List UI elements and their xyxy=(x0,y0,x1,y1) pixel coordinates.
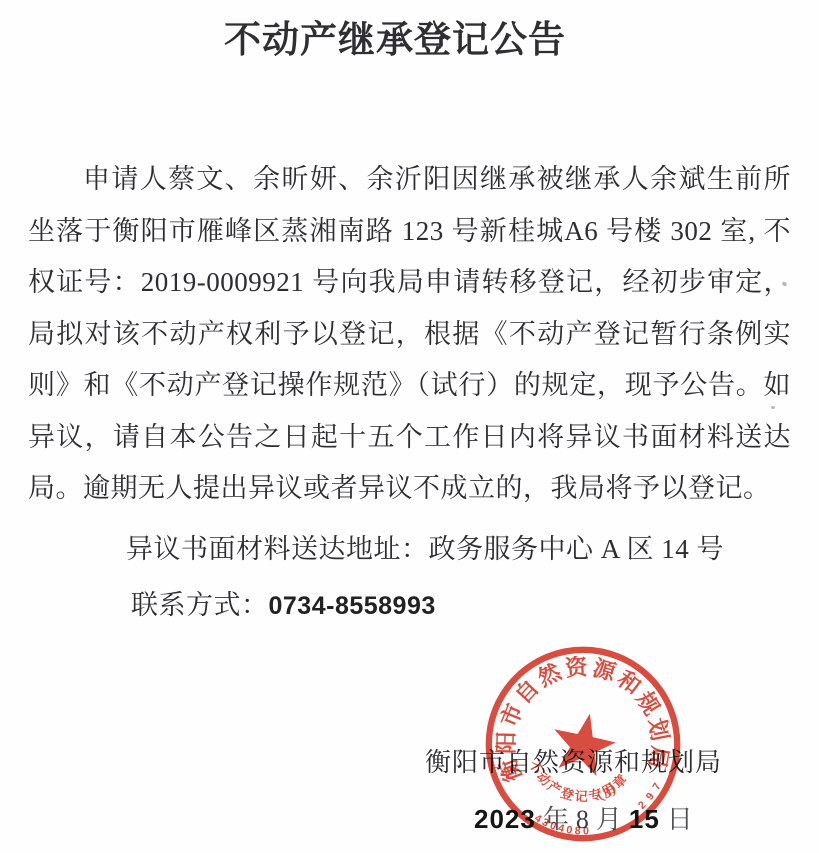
document-title: 不动产继承登记公告 xyxy=(224,9,566,63)
svg-text:记: 记 xyxy=(574,788,588,804)
svg-text:资: 资 xyxy=(564,653,589,681)
contact-label: 联系方式： xyxy=(131,590,269,620)
notice-body: 申请人蔡文、余昕妍、余沂阳因继承被继承人余斌生前所有的 坐落于衡阳市雁峰区蒸湘南… xyxy=(28,154,791,515)
scan-speck xyxy=(771,406,775,409)
official-red-seal: 衡阳市自然资源和规划局不动产登记专用章4304080297（3） xyxy=(477,644,689,844)
svg-text:阳: 阳 xyxy=(494,731,519,754)
body-line-6: 异议，请自本公告之日起十五个工作日内将异议书面材料送达我 xyxy=(28,412,791,464)
body-line-3: 权证号：2019-0009921 号向我局申请转移登记，经初步审定，我 xyxy=(28,257,791,309)
svg-text:局: 局 xyxy=(644,744,673,770)
body-line-1: 申请人蔡文、余昕妍、余沂阳因继承被继承人余斌生前所有的 xyxy=(28,154,791,206)
svg-text:源: 源 xyxy=(590,655,619,685)
body-line-7: 局。逾期无人提出异议或者异议不成立的，我局将予以登记。 xyxy=(28,463,791,515)
body-line-2: 坐落于衡阳市雁峰区蒸湘南路 123 号新桂城A6 号楼 302 室, 不动产 xyxy=(28,206,791,258)
scanned-document-page: 不动产继承登记公告 申请人蔡文、余昕妍、余沂阳因继承被继承人余斌生前所有的 坐落… xyxy=(0,0,819,853)
body-line-5: 则》和《不动产登记操作规范》（试行）的规定，现予公告。如有 xyxy=(28,360,791,412)
svg-text:8: 8 xyxy=(574,825,581,837)
scan-speck xyxy=(645,544,649,547)
svg-text:0: 0 xyxy=(583,825,589,837)
body-line-4: 局拟对该不动产权利予以登记，根据《不动产登记暂行条例实施细 xyxy=(28,309,791,361)
contact-line: 联系方式：0734-8558993 xyxy=(131,583,436,622)
contact-number: 0734-8558993 xyxy=(269,592,436,620)
svg-text:划: 划 xyxy=(644,716,673,743)
address-line: 异议书面材料送达地址：政务服务中心 A 区 14 号 xyxy=(126,527,724,566)
